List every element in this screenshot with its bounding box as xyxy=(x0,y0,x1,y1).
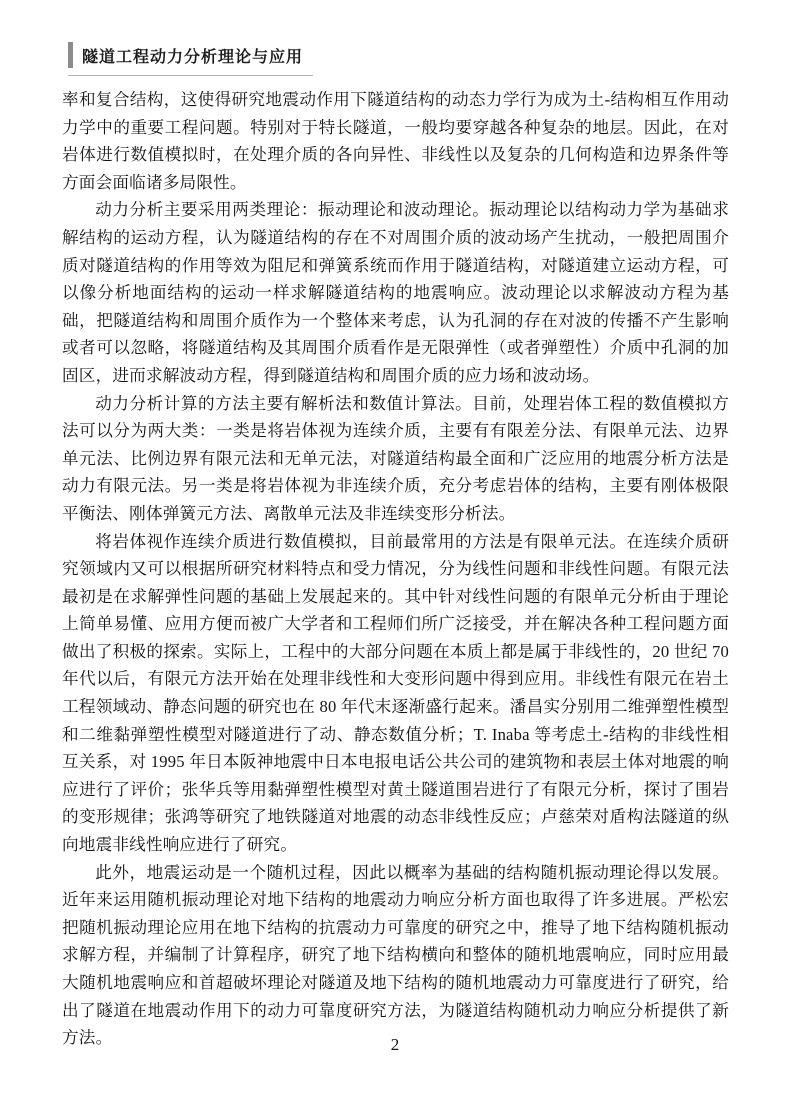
paragraph-2: 动力分析主要采用两类理论：振动理论和波动理论。振动理论以结构动力学为基础求解结构… xyxy=(62,196,729,389)
document-page: 隧道工程动力分析理论与应用 率和复合结构，这使得研究地震动作用下隧道结构的动态力… xyxy=(0,0,790,1097)
paragraph-5: 此外，地震运动是一个随机过程，因此以概率为基础的结构随机振动理论得以发展。近年来… xyxy=(62,859,729,1052)
paragraph-4: 将岩体视作连续介质进行数值模拟，目前最常用的方法是有限单元法。在连续介质研究领域… xyxy=(62,528,729,859)
running-header: 隧道工程动力分析理论与应用 xyxy=(68,42,313,76)
page-number: 2 xyxy=(391,1035,400,1054)
paragraph-3: 动力分析计算的方法主要有解析法和数值计算法。目前，处理岩体工程的数值模拟方法可以… xyxy=(62,390,729,528)
book-title: 隧道工程动力分析理论与应用 xyxy=(82,44,303,67)
page-body: 率和复合结构，这使得研究地震动作用下隧道结构的动态力学行为成为土-结构相互作用动… xyxy=(62,86,729,1052)
header-accent-bar xyxy=(68,42,73,68)
paragraph-1: 率和复合结构，这使得研究地震动作用下隧道结构的动态力学行为成为土-结构相互作用动… xyxy=(62,86,729,196)
page-footer: 2 xyxy=(0,1035,790,1055)
